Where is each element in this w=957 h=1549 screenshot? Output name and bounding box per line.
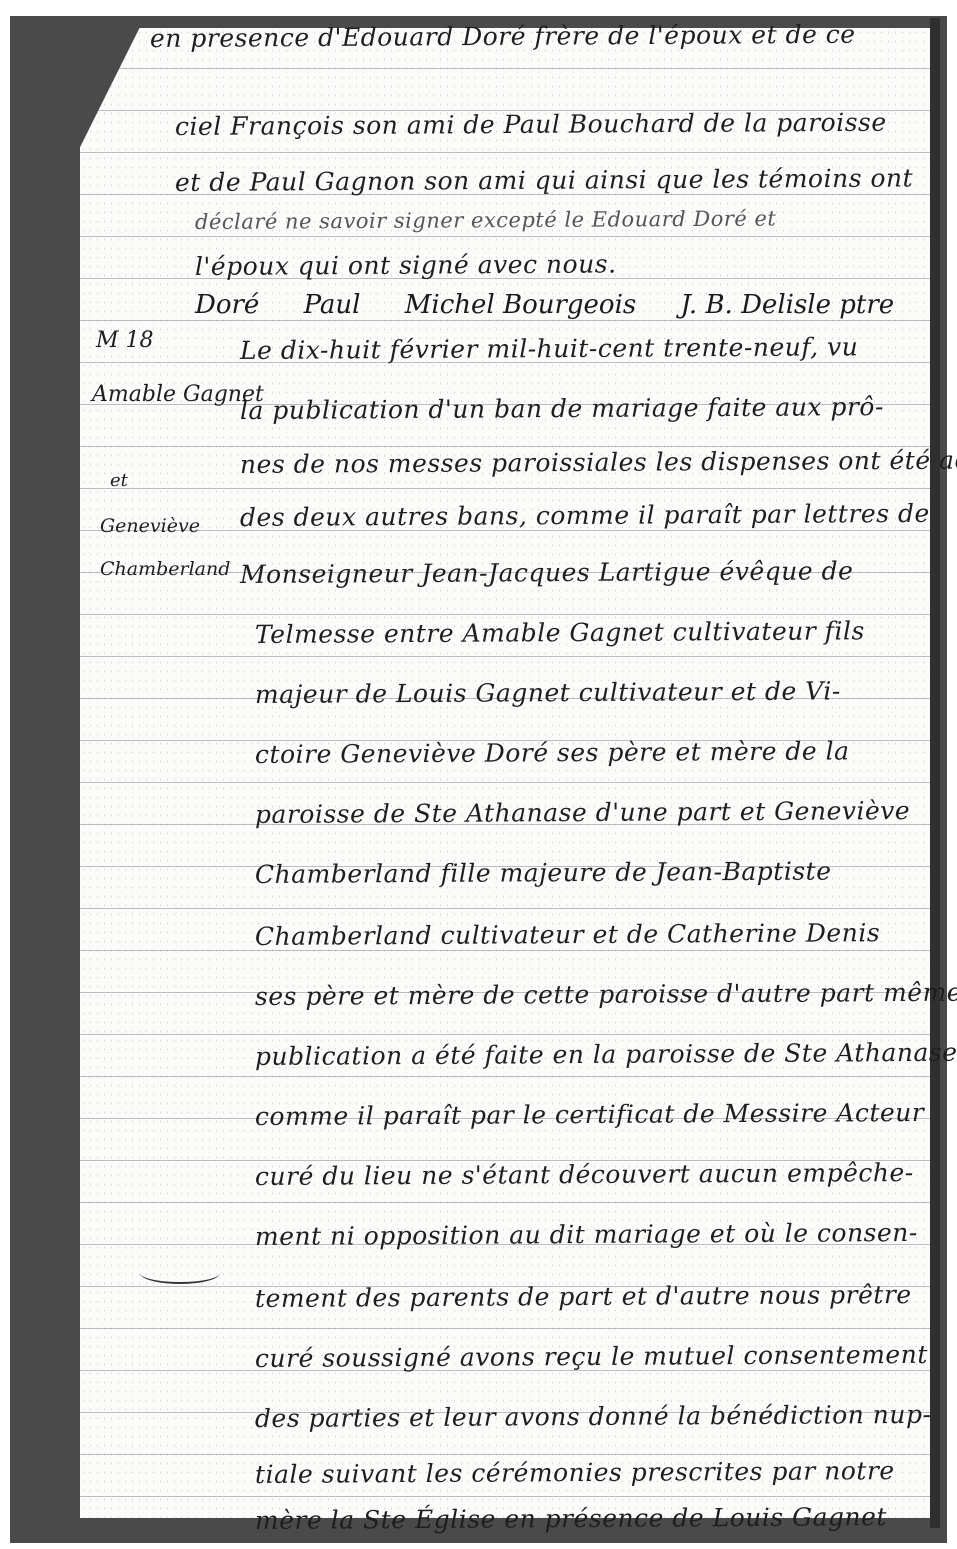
entry-line: des parties et leur avons donné la bénéd… <box>255 1400 927 1433</box>
ruled-line <box>80 656 930 657</box>
ruled-line <box>80 908 930 909</box>
entry-line: curé du lieu ne s'étant découvert aucun … <box>255 1158 927 1191</box>
continuation-line: déclaré ne savoir signer excepté le Edou… <box>195 206 927 234</box>
ruled-line <box>80 488 930 489</box>
entry-line: majeur de Louis Gagnet cultivateur et de… <box>255 676 927 709</box>
signature: J. B. Delisle ptre <box>681 290 895 320</box>
ruled-line <box>80 782 930 783</box>
entry-line: paroisse de Ste Athanase d'une part et G… <box>255 796 927 829</box>
entry-line: Telmesse entre Amable Gagnet cultivateur… <box>255 616 927 649</box>
entry-line: curé soussigné avons reçu le mutuel cons… <box>255 1340 927 1373</box>
entry-line: ses père et mère de cette paroisse d'aut… <box>255 978 927 1011</box>
ruled-line <box>80 950 930 951</box>
entry-number: M 18 <box>96 328 154 353</box>
entry-line: Chamberland cultivateur et de Catherine … <box>255 918 927 951</box>
signature: Doré <box>195 290 259 320</box>
entry-line: des deux autres bans, comme il paraît pa… <box>240 499 927 532</box>
ruled-line <box>80 1496 930 1497</box>
signatures-row: Doré Paul Michel Bourgeois J. B. Delisle… <box>195 290 930 320</box>
continuation-line: l'époux qui ont signé avec nous. <box>195 248 927 281</box>
ruled-line <box>80 1328 930 1329</box>
entry-line: ment ni opposition au dit mariage et où … <box>255 1218 927 1251</box>
entry-line: Chamberland fille majeure de Jean-Baptis… <box>255 856 927 889</box>
conjunction: et <box>110 470 128 491</box>
entry-line: publication a été faite en la paroisse d… <box>255 1038 927 1071</box>
entry-line: ctoire Geneviève Doré ses père et mère d… <box>255 736 927 769</box>
ruled-line <box>80 1076 930 1077</box>
signature: Michel Bourgeois <box>405 290 637 320</box>
entry-line: nes de nos messes paroissiales les dispe… <box>240 446 927 479</box>
ruled-line <box>80 1034 930 1035</box>
entry-line: la publication d'un ban de mariage faite… <box>240 392 927 425</box>
ruled-line <box>80 614 930 615</box>
continuation-line: et de Paul Gagnon son ami qui ainsi que … <box>175 163 927 197</box>
entry-line: comme il paraît par le certificat de Mes… <box>255 1098 927 1131</box>
entry-line: mère la Ste Église en présence de Louis … <box>255 1502 927 1535</box>
margin-flourish <box>140 1262 220 1284</box>
continuation-line: ciel François son ami de Paul Bouchard d… <box>175 107 927 141</box>
signature: Paul <box>304 290 361 320</box>
bride-last-name: Chamberland <box>100 558 230 580</box>
continuation-line: en presence d'Edouard Doré frère de l'ép… <box>150 19 927 53</box>
ruled-line <box>80 1202 930 1203</box>
ruled-line <box>80 68 930 69</box>
entry-line: tiale suivant les cérémonies prescrites … <box>255 1456 927 1489</box>
entry-line: tement des parents de part et d'autre no… <box>255 1280 927 1313</box>
page-edge <box>930 18 940 1528</box>
entry-line: Monseigneur Jean-Jacques Lartigue évêque… <box>240 556 927 589</box>
ruled-line <box>80 236 930 237</box>
ruled-line <box>80 1454 930 1455</box>
entry-line: Le dix-huit février mil-huit-cent trente… <box>240 332 927 365</box>
groom-first-name: Amable Gagnet <box>92 382 264 407</box>
bride-first-name: Geneviève <box>100 515 200 537</box>
ruled-line <box>80 320 930 321</box>
ruled-line <box>80 152 930 153</box>
